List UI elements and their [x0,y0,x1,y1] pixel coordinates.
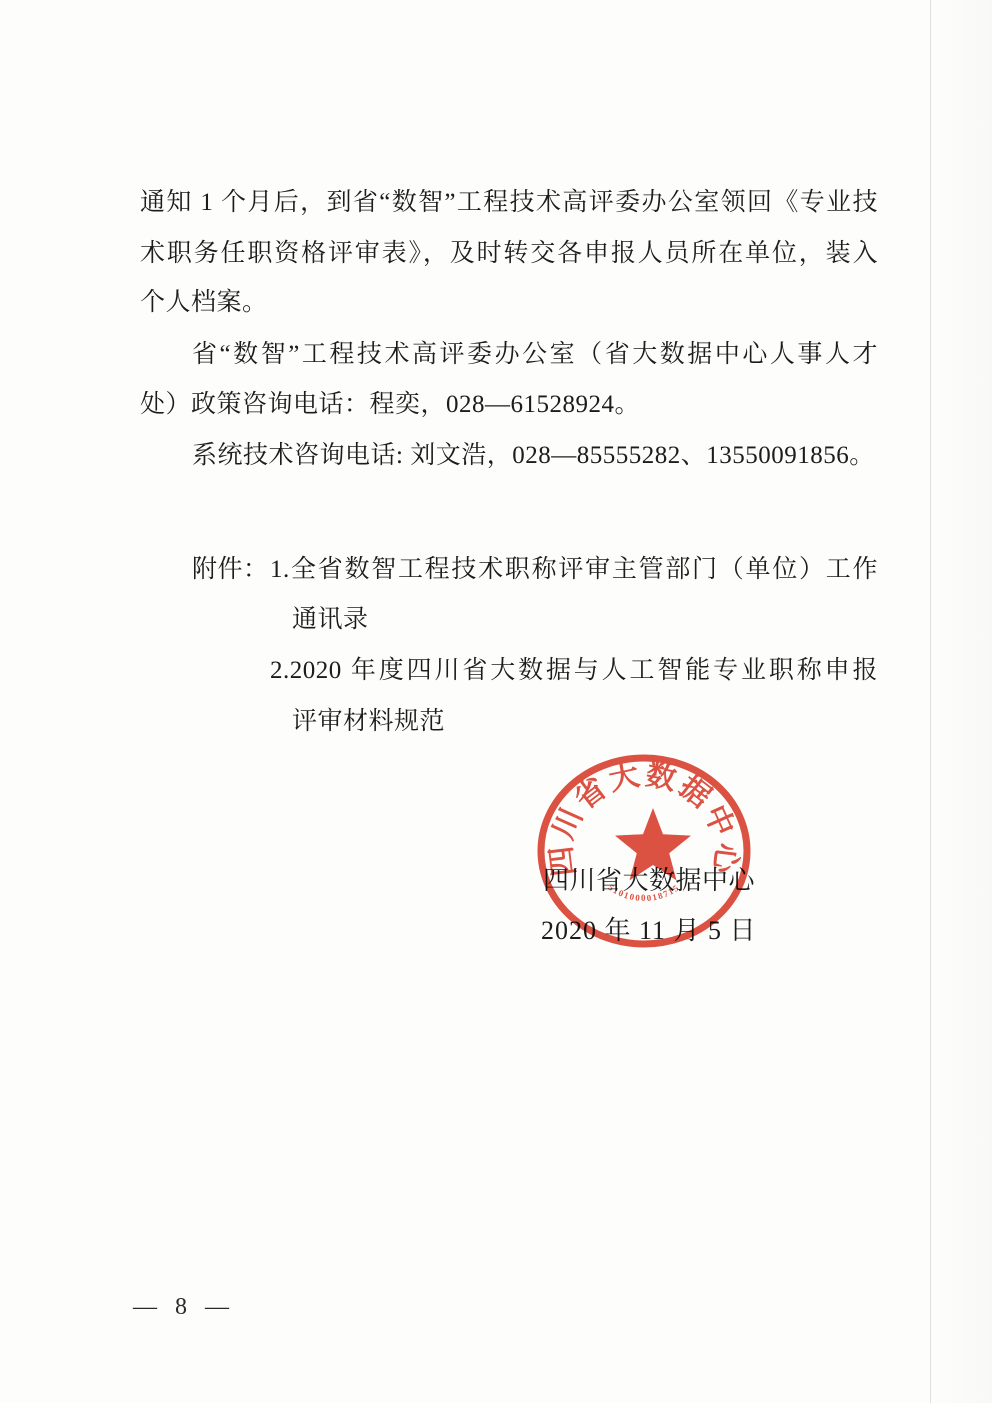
attachment-item2-line1: 2.2020 年度四川省大数据与人工智能专业职称申报 [270,656,878,686]
scan-artifact-line [930,0,931,1403]
page-number: — 8 — [133,1292,235,1322]
body-paragraph1-line2: 术职务任职资格评审表》，及时转交各申报人员所在单位，装入 [140,239,878,269]
seal-star-icon [615,808,691,880]
body-paragraph3-line1: 系统技术咨询电话: 刘文浩，028—85555282、13550091856。 [192,441,875,471]
body-paragraph2-line1: 省“数智”工程技术高评委办公室（省大数据中心人事人才 [192,340,878,370]
seal-serial-holder: 5101000018715 [606,882,681,903]
seal-serial-number: 5101000018715 [606,882,681,903]
body-paragraph2-line2: 处）政策咨询电话：程奕，028—61528924。 [140,390,640,420]
body-paragraph1-line3: 个人档案。 [140,288,268,318]
document-page: 通知 1 个月后，到省“数智”工程技术高评委办公室领回《专业技 术职务任职资格评… [0,0,992,1403]
attachment-item1-line1: 1.全省数智工程技术职称评审主管部门（单位）工作 [270,555,878,585]
attachment-item2-line2: 评审材料规范 [292,707,445,737]
official-seal: 四川省大数据中心 5101000018715 [537,753,757,961]
attachments-label: 附件： [192,555,269,585]
body-paragraph1-line1: 通知 1 个月后，到省“数智”工程技术高评委办公室领回《专业技 [140,188,878,218]
attachment-item1-line2: 通讯录 [292,605,369,635]
scan-edge-shading [932,0,992,1403]
